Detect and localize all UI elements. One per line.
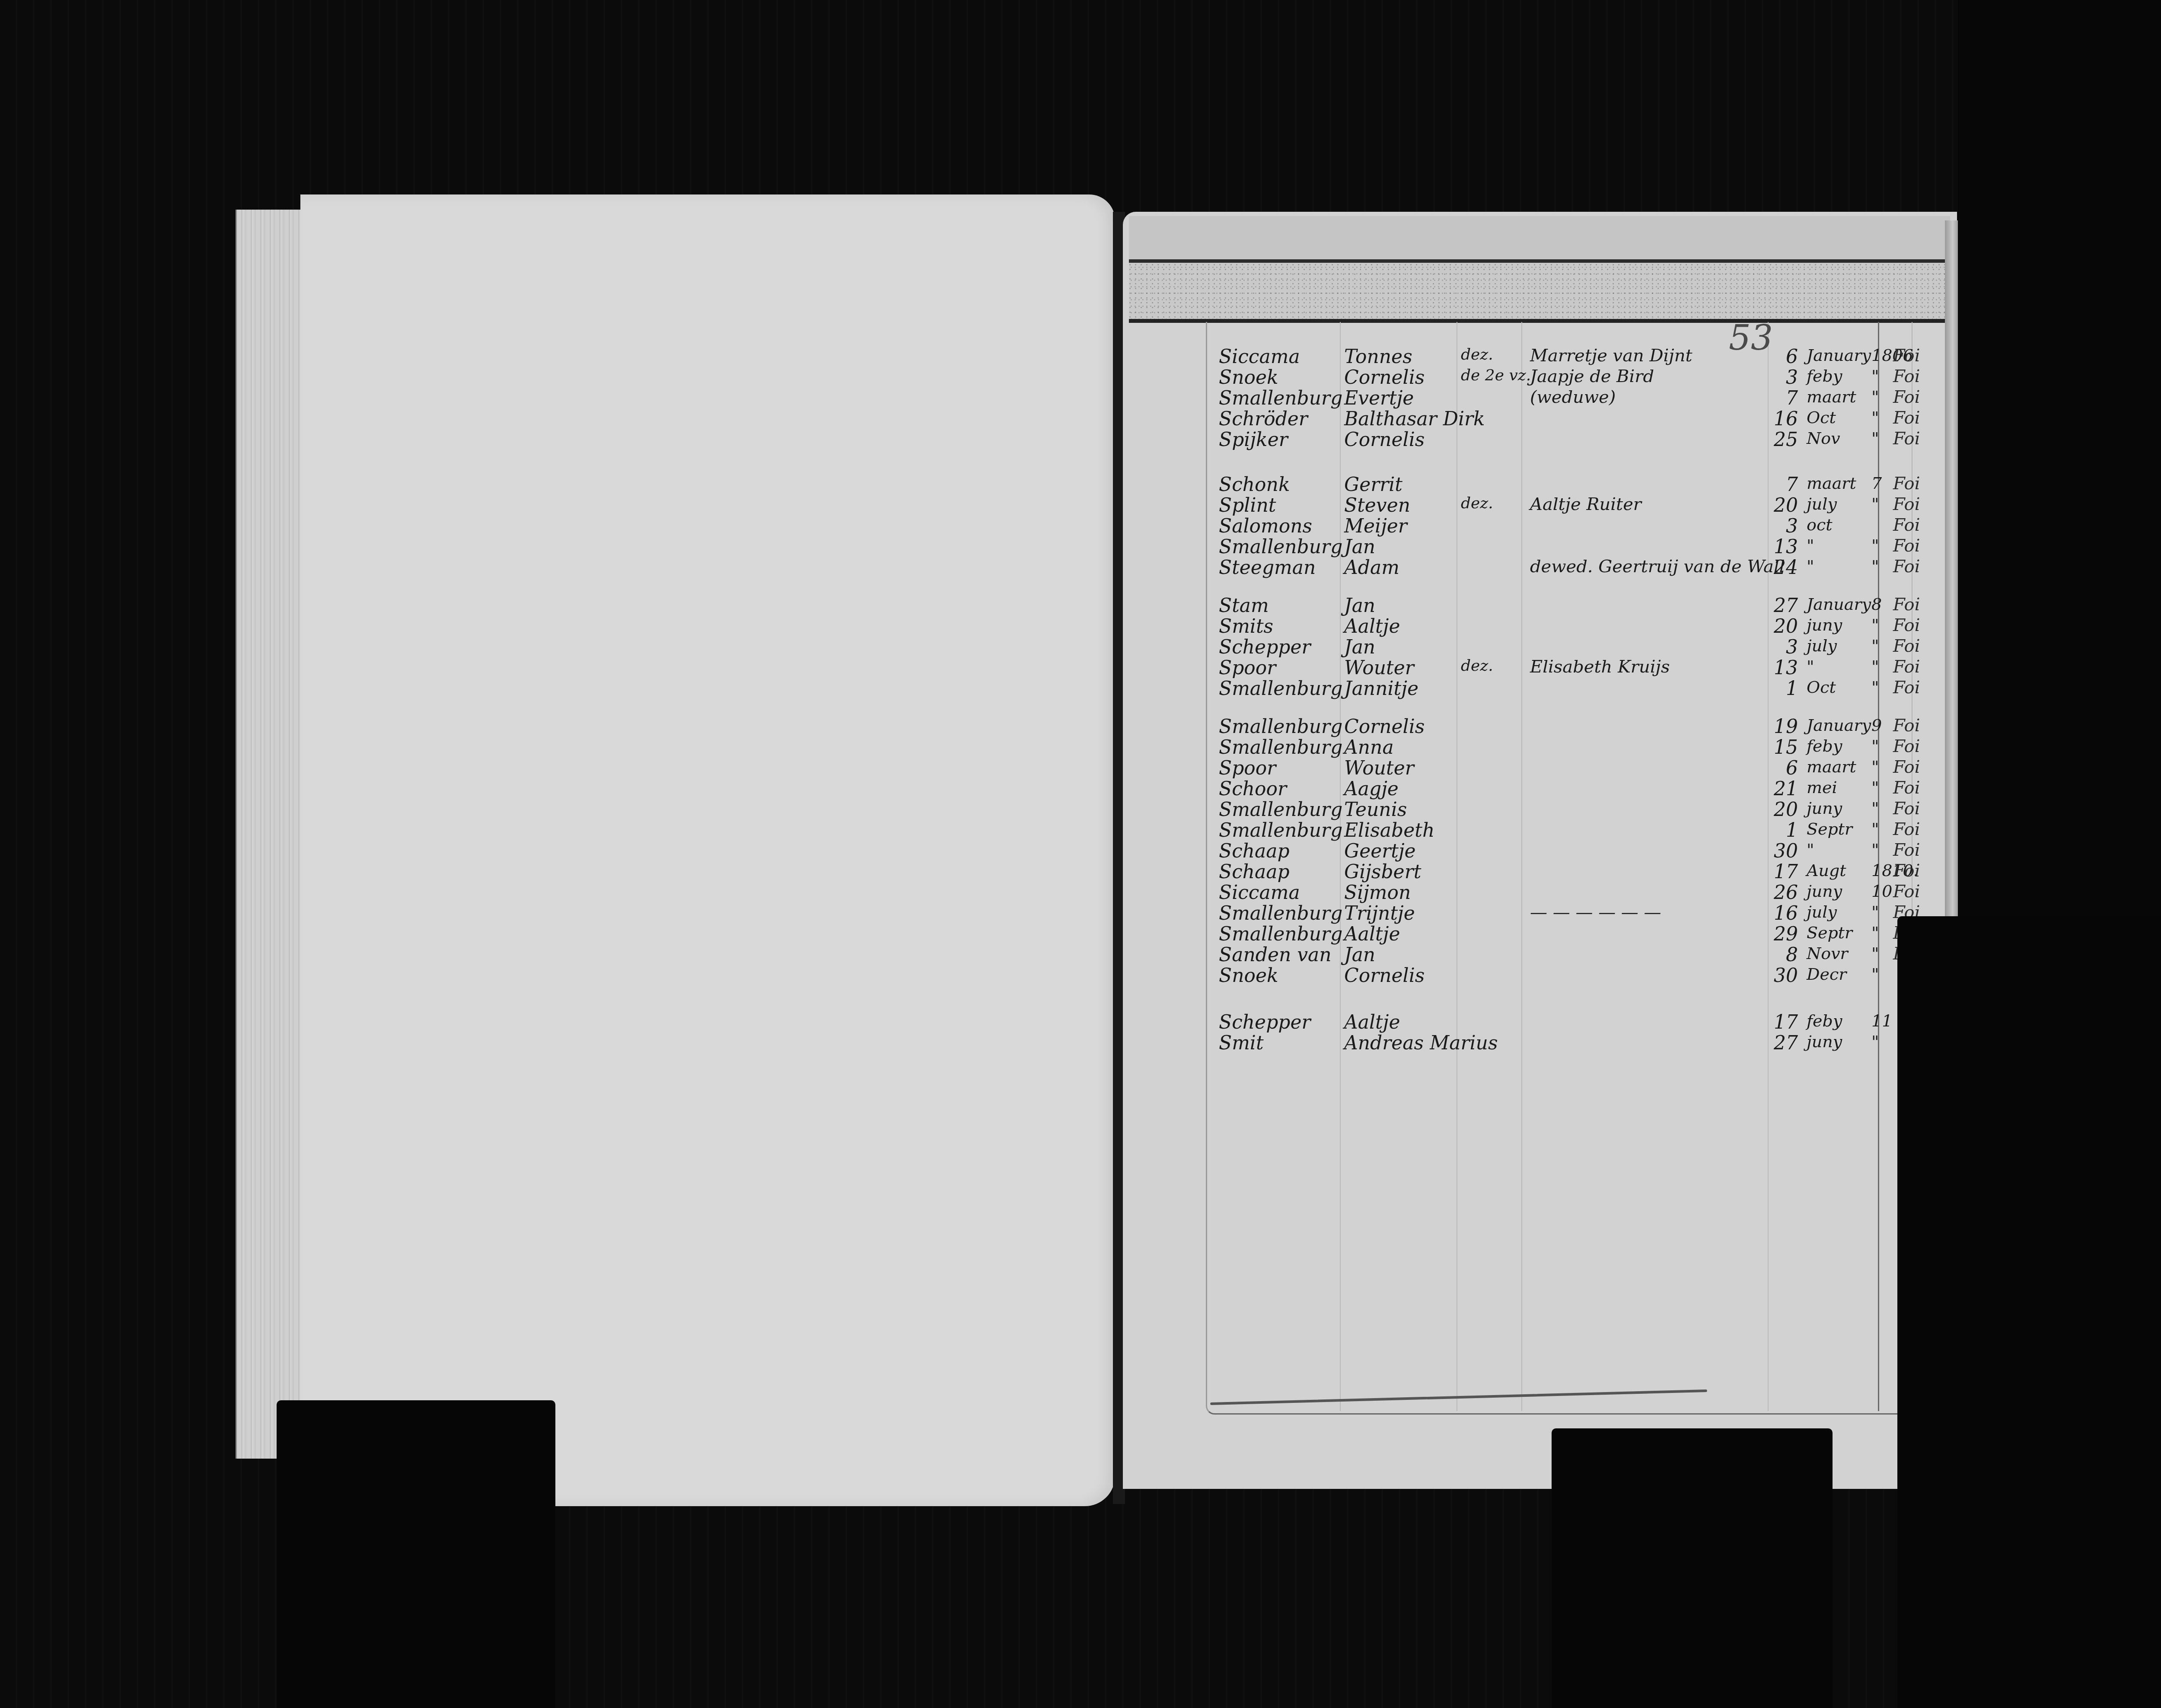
entry-surname: Snoek [1219,366,1278,389]
entry-year: 7 [1871,474,1882,493]
entry-surname: Spoor [1219,657,1276,679]
entry-year: " [1871,615,1879,634]
entry-day: 25 [1763,429,1798,451]
entry-relation: de 2e vz. [1461,366,1531,384]
entry-spouse: — — — — — — [1530,902,1661,922]
entry-year: " [1871,819,1879,838]
entry-month: Novr [1807,944,1848,963]
entry-day: 29 [1763,923,1798,945]
entry-given: Andreas Marius [1344,1032,1498,1054]
entry-given: Wouter [1344,757,1414,779]
entry-month: juny [1807,615,1842,634]
entry-margin: Foi [1893,757,1920,777]
entry-given: Steven [1344,494,1410,516]
entry-day: 21 [1763,778,1798,800]
register-row: SpijkerCornelis25Nov"Foi [1219,429,1954,453]
entry-year: " [1871,778,1879,797]
entry-day: 17 [1763,1011,1798,1033]
entry-given: Elisabeth [1344,819,1434,841]
entry-given: Teunis [1344,799,1407,821]
entry-day: 13 [1763,536,1798,558]
entry-month: " [1807,557,1814,576]
entry-month: juny [1807,882,1842,901]
entry-given: Aaltje [1344,1011,1400,1033]
entry-surname: Smallenburg [1219,716,1342,738]
entry-month: Nov [1807,429,1840,448]
entry-surname: Stam [1219,595,1269,617]
entry-margin: Foi [1893,429,1920,449]
entry-year: " [1871,965,1879,984]
entry-relation: dez. [1461,657,1493,675]
entry-month: Septr [1807,819,1852,838]
entry-margin: Foi [1893,366,1920,386]
entry-surname: Smallenburg [1219,902,1342,924]
entry-margin: Foi [1893,882,1920,902]
entry-surname: Smallenburg [1219,678,1342,700]
entry-given: Anna [1344,736,1394,758]
register-row: SteegmanAdamdewed. Geertruij van de Wall… [1219,557,1954,581]
entry-day: 6 [1763,346,1798,368]
entry-surname: Schepper [1219,1011,1311,1033]
entry-margin: Foi [1893,840,1920,860]
entry-margin: Foi [1893,536,1920,556]
page-header-top [1129,216,1950,259]
entry-given: Evertje [1344,387,1414,409]
entry-surname: Siccama [1219,346,1300,368]
entry-month: feby [1807,1011,1842,1030]
entry-year: 10 [1871,882,1892,901]
entry-year: " [1871,1032,1879,1051]
entry-day: 16 [1763,408,1798,430]
entry-margin: Foi [1893,799,1920,819]
entry-spouse: Marretje van Dijnt [1530,346,1692,366]
entry-day: 7 [1763,474,1798,496]
entry-margin: Foi [1893,474,1920,494]
entry-given: Sijmon [1344,882,1411,904]
entry-month: july [1807,494,1837,513]
entry-year: " [1871,557,1879,576]
entry-year: " [1871,387,1879,406]
entry-spouse: (weduwe) [1530,387,1616,407]
entry-month: " [1807,536,1814,555]
entry-day: 19 [1763,716,1798,738]
entry-given: Cornelis [1344,965,1425,987]
entry-surname: Spijker [1219,429,1288,451]
entry-year: " [1871,366,1879,386]
entry-surname: Smallenburg [1219,536,1342,558]
entry-day: 3 [1763,366,1798,389]
entry-surname: Schaap [1219,861,1290,883]
entry-surname: Schaap [1219,840,1290,862]
entry-year: " [1871,429,1879,448]
entry-year: " [1871,799,1879,818]
entry-month: " [1807,840,1814,859]
entry-surname: Sanden van [1219,944,1332,966]
entry-day: 3 [1763,636,1798,658]
entry-day: 27 [1763,595,1798,617]
entry-given: Wouter [1344,657,1414,679]
entry-surname: Salomons [1219,515,1312,537]
entry-surname: Schepper [1219,636,1311,658]
entry-relation: dez. [1461,346,1493,363]
entry-month: Augt [1807,861,1846,880]
entry-margin: Foi [1893,736,1920,756]
entry-month: juny [1807,1032,1842,1051]
entry-day: 20 [1763,615,1798,637]
entry-surname: Smit [1219,1032,1264,1054]
entry-month: july [1807,902,1837,921]
entry-given: Meijer [1344,515,1407,537]
entry-margin: Foi [1893,515,1920,535]
entry-given: Adam [1344,557,1399,579]
entry-day: 3 [1763,515,1798,537]
entry-year: " [1871,408,1879,427]
entry-margin: Foi [1893,861,1920,881]
entry-given: Cornelis [1344,429,1425,451]
entry-day: 16 [1763,902,1798,924]
entry-day: 15 [1763,736,1798,758]
entry-month: " [1807,657,1814,676]
page-header-strip [1129,259,1950,323]
entry-day: 7 [1763,387,1798,409]
entry-day: 26 [1763,882,1798,904]
entry-given: Gijsbert [1344,861,1421,883]
entry-year: " [1871,840,1879,859]
entry-surname: Spoor [1219,757,1276,779]
entry-month: January [1807,346,1871,365]
entry-given: Tonnes [1344,346,1412,368]
entry-month: Oct [1807,678,1836,697]
entry-surname: Schoor [1219,778,1287,800]
entry-margin: Foi [1893,819,1920,839]
entry-surname: Smallenburg [1219,799,1342,821]
entry-spouse: dewed. Geertruij van de Wall [1530,557,1785,577]
entry-year: " [1871,636,1879,655]
entry-year: 8 [1871,595,1882,614]
entry-day: 30 [1763,840,1798,862]
entry-month: maart [1807,757,1856,776]
entry-month: maart [1807,474,1856,493]
entry-surname: Smallenburg [1219,819,1342,841]
left-page-blank [300,194,1115,1506]
entry-year: 11 [1871,1011,1892,1030]
entry-spouse: Aaltje Ruiter [1530,494,1641,514]
entry-margin: Foi [1893,595,1920,615]
entry-surname: Siccama [1219,882,1300,904]
entry-surname: Smallenburg [1219,736,1342,758]
register-row: SmitAndreas Marius27juny" [1219,1032,1954,1056]
entry-given: Jan [1344,536,1375,558]
entry-margin: Foi [1893,387,1920,407]
entry-month: feby [1807,366,1842,386]
entry-given: Jan [1344,595,1375,617]
entry-day: 20 [1763,799,1798,821]
entry-year: " [1871,494,1879,513]
entry-day: 8 [1763,944,1798,966]
entry-spouse: Elisabeth Kruijs [1530,657,1670,677]
entry-given: Aaltje [1344,615,1400,637]
entry-relation: dez. [1461,494,1493,512]
entry-month: mei [1807,778,1837,797]
entry-given: Jannitje [1344,678,1418,700]
entry-given: Cornelis [1344,366,1425,389]
entry-day: 1 [1763,678,1798,700]
entry-given: Cornelis [1344,716,1425,738]
entry-day: 13 [1763,657,1798,679]
entry-month: juny [1807,799,1842,818]
entry-margin: Foi [1893,657,1920,677]
entry-year: " [1871,678,1879,697]
entry-month: Septr [1807,923,1852,942]
entry-margin: Foi [1893,778,1920,798]
entry-month: july [1807,636,1837,655]
entry-given: Jan [1344,636,1375,658]
entry-month: Oct [1807,408,1836,427]
entry-month: oct [1807,515,1832,534]
entry-given: Aaltje [1344,923,1400,945]
page-clip-left [277,1400,555,1708]
entry-surname: Smits [1219,615,1273,637]
entry-year: " [1871,736,1879,755]
entry-given: Gerrit [1344,474,1402,496]
entry-month: January [1807,595,1871,614]
entry-margin: Foi [1893,636,1920,656]
entry-year: " [1871,536,1879,555]
left-page-edges [236,210,302,1459]
entry-spouse: Jaapje de Bird [1530,366,1654,386]
page-clip-bottom [1552,1428,1833,1708]
entry-day: 17 [1763,861,1798,883]
entry-year: " [1871,757,1879,776]
entry-margin: Foi [1893,615,1920,635]
entry-month: maart [1807,387,1856,406]
entry-surname: Splint [1219,494,1276,516]
entry-year: " [1871,944,1879,963]
entry-margin: Foi [1893,716,1920,736]
entry-surname: Schröder [1219,408,1308,430]
entry-year: 9 [1871,716,1882,735]
entry-day: 6 [1763,757,1798,779]
entry-given: Geertje [1344,840,1416,862]
entry-surname: Schonk [1219,474,1290,496]
entry-year: " [1871,657,1879,676]
entry-given: Jan [1344,944,1375,966]
entry-given: Trijntje [1344,902,1415,924]
entry-margin: Foi [1893,346,1920,366]
entry-day: 24 [1763,557,1798,579]
entry-surname: Smallenburg [1219,387,1342,409]
register-row: SmallenburgJannitje1Oct"Foi [1219,678,1954,702]
entry-year: " [1871,902,1879,921]
entry-margin: Foi [1893,557,1920,577]
entry-margin: Foi [1893,494,1920,514]
page-clip-right [1897,916,2161,1708]
entry-month: Decr [1807,965,1846,984]
entry-margin: Foi [1893,408,1920,428]
register-row: SnoekCornelis30Decr" [1219,965,1954,989]
entry-month: feby [1807,736,1842,755]
entry-surname: Steegman [1219,557,1316,579]
entry-given: Balthasar Dirk [1344,408,1485,430]
entry-year: " [1871,923,1879,942]
entry-surname: Smallenburg [1219,923,1342,945]
entry-surname: Snoek [1219,965,1278,987]
entry-margin: Foi [1893,678,1920,698]
entry-month: January [1807,716,1871,735]
entry-day: 20 [1763,494,1798,516]
entry-day: 27 [1763,1032,1798,1054]
entry-day: 30 [1763,965,1798,987]
entry-given: Aagje [1344,778,1399,800]
entry-day: 1 [1763,819,1798,841]
